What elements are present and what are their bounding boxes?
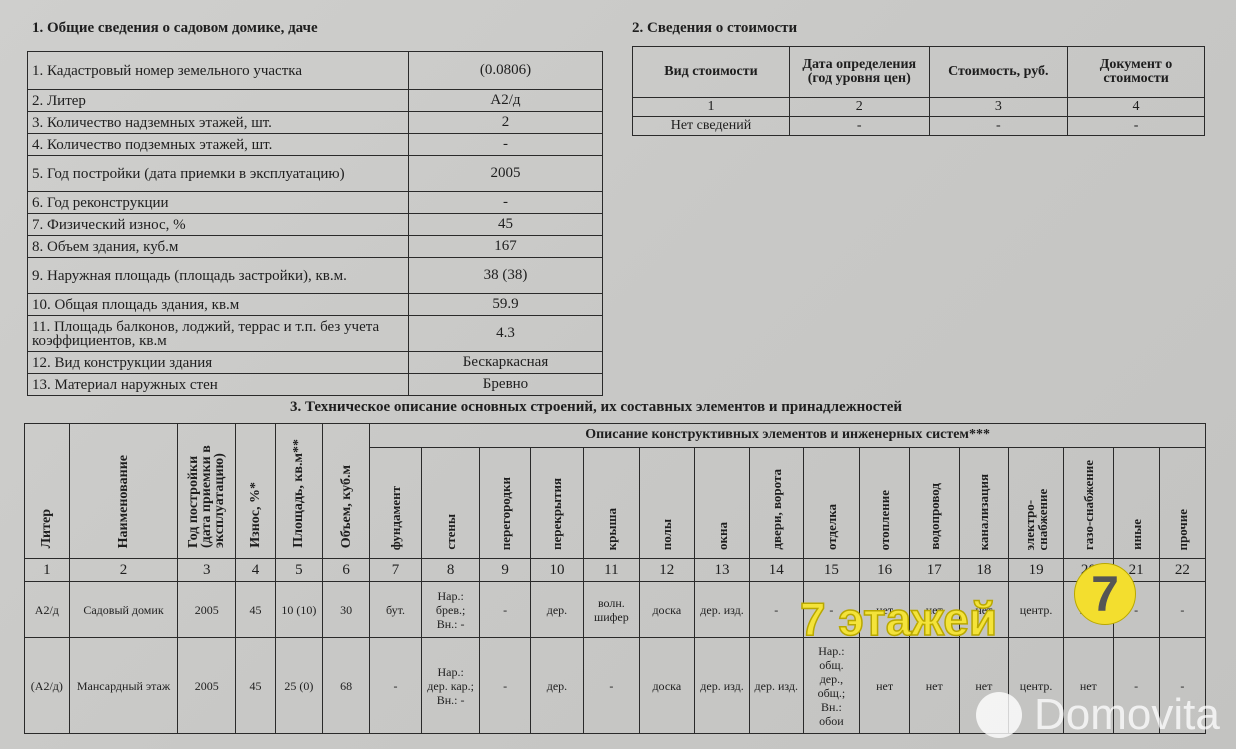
tech-header: окна [695,447,750,558]
tech-cell: (А2/д) [25,638,70,734]
tech-column-number: 18 [959,559,1009,582]
tech-header: стены [421,447,480,558]
info-label: 9. Наружная площадь (площадь застройки),… [28,258,409,294]
info-label: 7. Физический износ, % [28,214,409,236]
tech-column-number: 7 [370,559,422,582]
tech-column-number: 4 [236,559,276,582]
tech-cell: бут. [370,582,422,638]
info-label: 8. Объем здания, куб.м [28,236,409,258]
info-label: 2. Литер [28,90,409,112]
tech-header: электро-снабжение [1009,447,1064,558]
tech-header-label: окна [716,522,729,550]
tech-column-number: 8 [421,559,480,582]
tech-column-number: 16 [860,559,910,582]
info-row: 1. Кадастровый номер земельного участка(… [28,52,603,90]
section1-title: 1. Общие сведения о садовом домике, даче [32,20,318,37]
tech-cell: 45 [236,638,276,734]
info-value: 2005 [409,156,603,192]
cost-cell: - [1068,117,1205,136]
cost-info-table: Вид стоимостиДата определения (год уровн… [632,46,1205,136]
tech-header: отделка [803,447,860,558]
tech-cell: - [370,638,422,734]
tech-header: водопровод [909,447,959,558]
info-value: - [409,192,603,214]
info-label: 12. Вид конструкции здания [28,352,409,374]
cost-column-number: 3 [929,98,1068,117]
cost-cell: - [929,117,1068,136]
info-label: 6. Год реконструкции [28,192,409,214]
tech-cell: 68 [323,638,370,734]
info-row: 13. Материал наружных стенБревно [28,374,603,396]
tech-column-number: 10 [530,559,584,582]
info-row: 3. Количество надземных этажей, шт.2 [28,112,603,134]
tech-header-label: отделка [825,504,838,550]
info-value: - [409,134,603,156]
tech-header-label: Год постройки (дата приемки в эксплуатац… [187,433,226,548]
tech-header-label: электро-снабжение [1023,444,1049,550]
info-value: 167 [409,236,603,258]
tech-cell: - [750,582,804,638]
tech-header-label: водопровод [928,483,941,550]
tech-cell: Нар.: дер. кар.; Вн.: - [421,638,480,734]
info-row: 12. Вид конструкции зданияБескаркасная [28,352,603,374]
tech-header: газо-снабжение [1064,447,1114,558]
tech-cell: дер. [530,638,584,734]
tech-header-label: Литер [40,509,53,548]
tech-column-number: 19 [1009,559,1064,582]
cost-column-number: 4 [1068,98,1205,117]
info-row: 4. Количество подземных этажей, шт.- [28,134,603,156]
promo-watermark-text: 7 этажей [800,592,997,646]
info-label: 13. Материал наружных стен [28,374,409,396]
tech-column-number: 5 [275,559,322,582]
tech-header-label: Объем, куб.м [340,465,353,548]
tech-header: перекрытия [530,447,584,558]
tech-header: Износ, %* [236,424,276,559]
tech-header-label: двери, ворота [770,469,783,550]
info-row: 5. Год постройки (дата приемки в эксплуа… [28,156,603,192]
tech-cell: доска [639,638,694,734]
tech-header: отопление [860,447,910,558]
tech-header: двери, ворота [750,447,804,558]
section3-title: 3. Техническое описание основных строени… [290,399,902,416]
cost-column-number: 2 [789,98,929,117]
tech-cell: Нар.: брев.; Вн.: - [421,582,480,638]
cost-header: Дата определения (год уровня цен) [789,47,929,98]
tech-cell: 45 [236,582,276,638]
tech-cell: дер. изд. [750,638,804,734]
tech-column-number: 22 [1159,559,1205,582]
tech-header: фундамент [370,447,422,558]
cost-column-number: 1 [633,98,790,117]
tech-header-label: Площадь, кв.м** [292,439,305,548]
tech-cell: дер. [530,582,584,638]
info-value: 59.9 [409,294,603,316]
tech-cell: волн. шифер [584,582,639,638]
info-value: 38 (38) [409,258,603,294]
tech-cell: - [584,638,639,734]
tech-cell: 30 [323,582,370,638]
cost-header: Документ о стоимости [1068,47,1205,98]
tech-header-label: перегородки [499,477,512,550]
info-label: 4. Количество подземных этажей, шт. [28,134,409,156]
info-value: 2 [409,112,603,134]
tech-header-label: фундамент [389,486,402,550]
tech-header: Площадь, кв.м** [275,424,322,559]
cost-header: Стоимость, руб. [929,47,1068,98]
tech-column-number: 14 [750,559,804,582]
tech-cell: Нар.: общ. дер., общ.; Вн.: обои [803,638,860,734]
tech-column-number: 12 [639,559,694,582]
tech-header: прочие [1159,447,1205,558]
tech-group-header: Описание конструктивных элементов и инже… [370,424,1206,448]
tech-header-label: прочие [1176,509,1189,550]
document-page: 1. Общие сведения о садовом домике, даче… [0,0,1236,749]
tech-header-label: отопление [878,490,891,550]
info-row: 7. Физический износ, %45 [28,214,603,236]
cost-header: Вид стоимости [633,47,790,98]
tech-header: Объем, куб.м [323,424,370,559]
tech-cell: - [480,582,530,638]
tech-cell: дер. изд. [695,582,750,638]
info-label: 3. Количество надземных этажей, шт. [28,112,409,134]
tech-header: крыша [584,447,639,558]
tech-cell: - [480,638,530,734]
info-row: 2. ЛитерА2/д [28,90,603,112]
info-value: 4.3 [409,316,603,352]
tech-header-label: иные [1130,519,1143,550]
tech-cell: нет [860,638,910,734]
info-value: А2/д [409,90,603,112]
info-value: Бескаркасная [409,352,603,374]
tech-header: Литер [25,424,70,559]
tech-cell: 10 (10) [275,582,322,638]
tech-header-label: Износ, %* [249,482,262,548]
info-label: 10. Общая площадь здания, кв.м [28,294,409,316]
cost-cell: Нет сведений [633,117,790,136]
section2-title: 2. Сведения о стоимости [632,20,797,37]
tech-header-label: крыша [605,508,618,550]
tech-cell: - [1159,582,1205,638]
tech-cell: 2005 [178,582,236,638]
tech-column-number: 3 [178,559,236,582]
technical-description-table: ЛитерНаименованиеГод постройки (дата при… [24,423,1206,734]
tech-column-number: 6 [323,559,370,582]
info-label: 5. Год постройки (дата приемки в эксплуа… [28,156,409,192]
tech-header-label: стены [444,514,457,550]
promo-logo-icon: 7 [1074,563,1136,625]
info-value: (0.0806) [409,52,603,90]
table-row: А2/дСадовый домик20054510 (10)30бут.Нар.… [25,582,1206,638]
info-label: 11. Площадь балконов, лоджий, террас и т… [28,316,409,352]
tech-header-label: канализация [977,474,990,550]
info-value: 45 [409,214,603,236]
tech-header-label: газо-снабжение [1082,460,1095,550]
general-info-table: 1. Кадастровый номер земельного участка(… [27,51,603,396]
info-row: 8. Объем здания, куб.м167 [28,236,603,258]
tech-cell: доска [639,582,694,638]
tech-header-label: Наименование [117,455,130,548]
tech-header: Наименование [69,424,178,559]
tech-column-number: 1 [25,559,70,582]
info-row: 6. Год реконструкции- [28,192,603,214]
info-row: 10. Общая площадь здания, кв.м59.9 [28,294,603,316]
brand-watermark: Domovita [976,690,1220,740]
info-row: 9. Наружная площадь (площадь застройки),… [28,258,603,294]
tech-column-number: 9 [480,559,530,582]
tech-cell: Мансардный этаж [69,638,178,734]
tech-header: иные [1113,447,1159,558]
cost-cell: - [789,117,929,136]
brand-name: Domovita [1034,690,1220,740]
tech-cell: 25 (0) [275,638,322,734]
tech-cell: А2/д [25,582,70,638]
tech-column-number: 11 [584,559,639,582]
tech-column-number: 17 [909,559,959,582]
info-value: Бревно [409,374,603,396]
tech-header: полы [639,447,694,558]
info-label: 1. Кадастровый номер земельного участка [28,52,409,90]
tech-column-number: 15 [803,559,860,582]
tech-header-label: полы [660,519,673,550]
brand-logo-icon [976,692,1022,738]
tech-header: перегородки [480,447,530,558]
tech-cell: 2005 [178,638,236,734]
info-row: 11. Площадь балконов, лоджий, террас и т… [28,316,603,352]
tech-column-number: 13 [695,559,750,582]
tech-header: канализация [959,447,1009,558]
tech-cell: дер. изд. [695,638,750,734]
tech-cell: Садовый домик [69,582,178,638]
tech-column-number: 2 [69,559,178,582]
tech-cell: центр. [1009,582,1064,638]
tech-header-label: перекрытия [550,478,563,550]
tech-cell: нет [909,638,959,734]
tech-header: Год постройки (дата приемки в эксплуатац… [178,424,236,559]
